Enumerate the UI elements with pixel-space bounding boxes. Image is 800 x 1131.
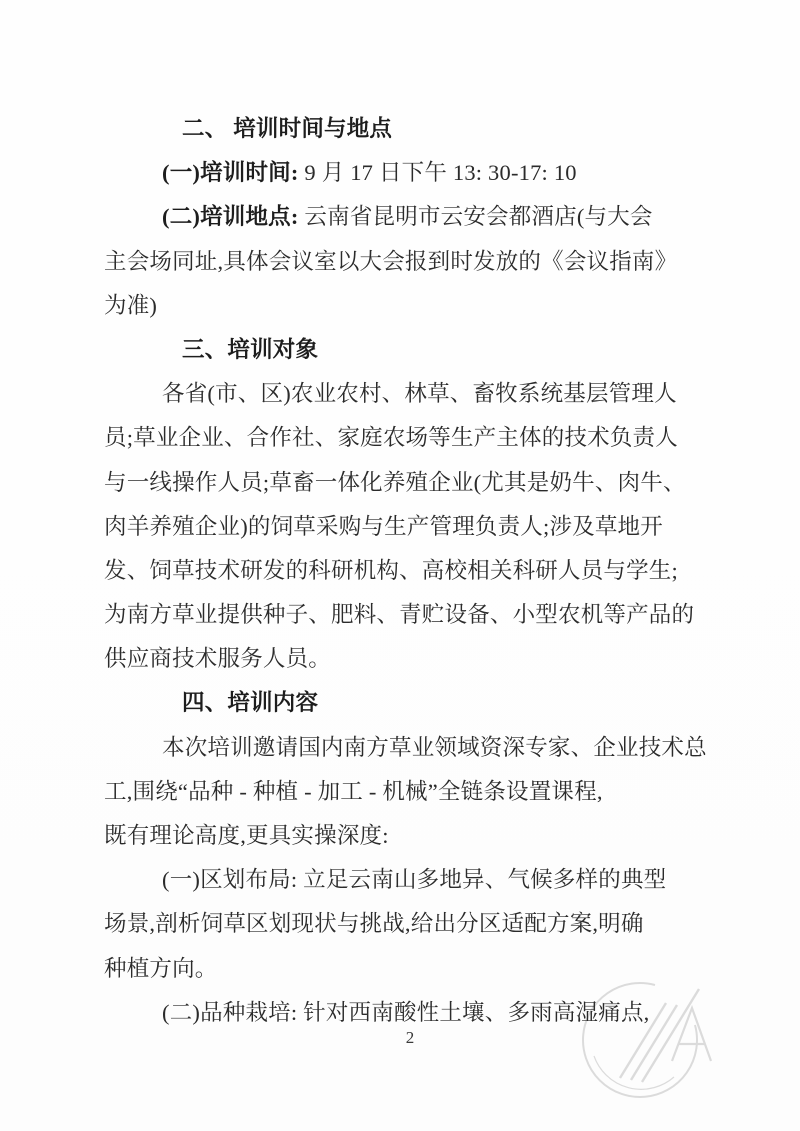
- text-segment: (一)培训时间:: [162, 160, 299, 185]
- text-segment: 三、培训对象: [182, 337, 318, 362]
- text-segment: 供应商技术服务人员。: [104, 646, 331, 671]
- document-text-line: (一)区划布局: 立足云南山多地异、气候多样的典型: [104, 858, 692, 902]
- text-segment: 场景,剖析饲草区划现状与挑战,给出分区适配方案,明确: [104, 911, 644, 936]
- document-text-line: 为南方草业提供种子、肥料、青贮设备、小型农机等产品的: [104, 593, 692, 637]
- document-page: 二、 培训时间与地点(一)培训时间: 9 月 17 日下午 13: 30-17:…: [0, 0, 800, 1131]
- text-segment: 种植方向。: [104, 956, 218, 981]
- document-text-line: 肉羊养殖企业)的饲草采购与生产管理负责人;涉及草地开: [104, 505, 692, 549]
- text-segment: 本次培训邀请国内南方草业领域资深专家、企业技术总: [162, 735, 707, 760]
- text-segment: 二、 培训时间与地点: [182, 116, 392, 141]
- text-segment: (一)区划布局: 立足云南山多地异、气候多样的典型: [162, 867, 666, 892]
- text-segment: (二)品种栽培: 针对西南酸性土壤、多雨高湿痛点,: [162, 1000, 650, 1025]
- text-segment: 为南方草业提供种子、肥料、青贮设备、小型农机等产品的: [104, 602, 694, 627]
- document-text-line: 与一线操作人员;草畜一体化养殖企业(尤其是奶牛、肉牛、: [104, 461, 692, 505]
- document-heading-line: (二)培训地点: 云南省昆明市云安会都酒店(与大会: [104, 195, 692, 239]
- document-lines: 二、 培训时间与地点(一)培训时间: 9 月 17 日下午 13: 30-17:…: [104, 107, 692, 1035]
- document-text-line: 主会场同址,具体会议室以大会报到时发放的《会议指南》: [104, 240, 692, 284]
- document-text-line: 为准): [104, 284, 692, 328]
- document-heading-line: 三、培训对象: [104, 328, 692, 372]
- document-text-line: 场景,剖析饲草区划现状与挑战,给出分区适配方案,明确: [104, 902, 692, 946]
- document-text-line: 供应商技术服务人员。: [104, 637, 692, 681]
- document-text-line: 既有理论高度,更具实操深度:: [104, 814, 692, 858]
- text-segment: 主会场同址,具体会议室以大会报到时发放的《会议指南》: [104, 249, 677, 274]
- text-segment: 发、饲草技术研发的科研机构、高校相关科研人员与学生;: [104, 558, 678, 583]
- text-segment: (二)培训地点:: [162, 204, 299, 229]
- document-text-line: 本次培训邀请国内南方草业领域资深专家、企业技术总: [104, 726, 692, 770]
- document-text-line: 工,围绕“品种 - 种植 - 加工 - 机械”全链条设置课程,: [104, 770, 692, 814]
- document-text-line: 员;草业企业、合作社、家庭农场等生产主体的技术负责人: [104, 416, 692, 460]
- document-text-line: 发、饲草技术研发的科研机构、高校相关科研人员与学生;: [104, 549, 692, 593]
- text-segment: 与一线操作人员;草畜一体化养殖企业(尤其是奶牛、肉牛、: [104, 470, 686, 495]
- text-segment: 云南省昆明市云安会都酒店(与大会: [299, 204, 653, 229]
- text-segment: 既有理论高度,更具实操深度:: [104, 823, 389, 848]
- document-heading-line: (一)培训时间: 9 月 17 日下午 13: 30-17: 10: [104, 151, 692, 195]
- page-number: 2: [0, 1028, 800, 1048]
- text-segment: 工,围绕“品种 - 种植 - 加工 - 机械”全链条设置课程,: [104, 779, 603, 804]
- document-heading-line: 二、 培训时间与地点: [104, 107, 692, 151]
- text-segment: 员;草业企业、合作社、家庭农场等生产主体的技术负责人: [104, 425, 678, 450]
- document-text-line: 种植方向。: [104, 947, 692, 991]
- document-text-line: 各省(市、区)农业农村、林草、畜牧系统基层管理人: [104, 372, 692, 416]
- text-segment: 为准): [104, 293, 157, 318]
- text-segment: 各省(市、区)农业农村、林草、畜牧系统基层管理人: [162, 381, 677, 406]
- document-heading-line: 四、培训内容: [104, 681, 692, 725]
- text-segment: 四、培训内容: [182, 690, 318, 715]
- text-segment: 9 月 17 日下午 13: 30-17: 10: [299, 160, 577, 185]
- text-segment: 肉羊养殖企业)的饲草采购与生产管理负责人;涉及草地开: [104, 514, 663, 539]
